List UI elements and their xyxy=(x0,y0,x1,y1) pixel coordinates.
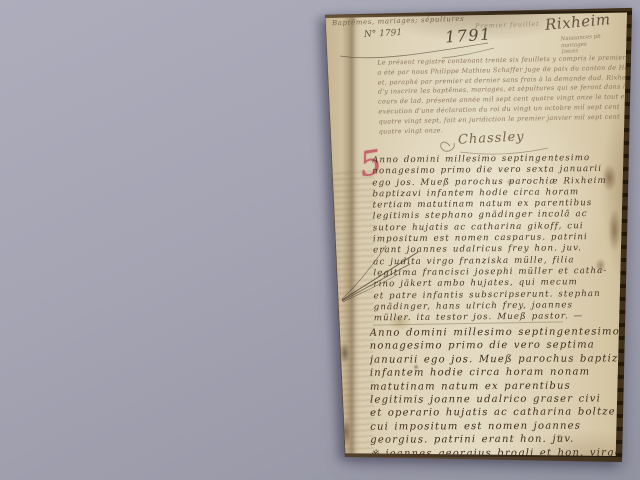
entry-line: nonagesimo primo die vero septima xyxy=(370,339,636,354)
place-subnotes: Naissances pb mariages Décès xyxy=(560,34,602,57)
entry-line: cui impositum est nomen joannes xyxy=(370,419,636,434)
baptism-entry-2: Anno domini millesimo septingentesimo no… xyxy=(370,325,637,460)
entry-line: et operario hujatis ac catharina boltzer xyxy=(370,406,636,421)
french-preamble: Le présent registre contenant trente six… xyxy=(377,53,631,137)
scan-background: Baptêmes, mariages; sépultures N° 1791 1… xyxy=(0,0,640,480)
quill-flourish xyxy=(328,244,423,306)
entry-line: infantem hodie circa horam nonam xyxy=(370,366,636,381)
folio-note: Premier feuillet xyxy=(475,20,540,30)
parchment-paper: Baptêmes, mariages; sépultures N° 1791 1… xyxy=(318,6,634,468)
entry-line: georgius. patrini erant hon. juv. xyxy=(370,433,636,448)
ink-showthrough xyxy=(326,169,374,461)
entry-line: Anno domini millesimo septingentesimo xyxy=(370,325,636,340)
entry-line: matutinam natum ex parentibus xyxy=(370,379,636,394)
entry-line: januarii ego jos. Mueß parochus baptizav… xyxy=(370,352,636,367)
registry-number: N° 1791 xyxy=(364,28,403,40)
entry-line: legitimis joanne udalrico graser civi xyxy=(370,392,636,407)
manuscript-page: Baptêmes, mariages; sépultures N° 1791 1… xyxy=(318,6,634,468)
